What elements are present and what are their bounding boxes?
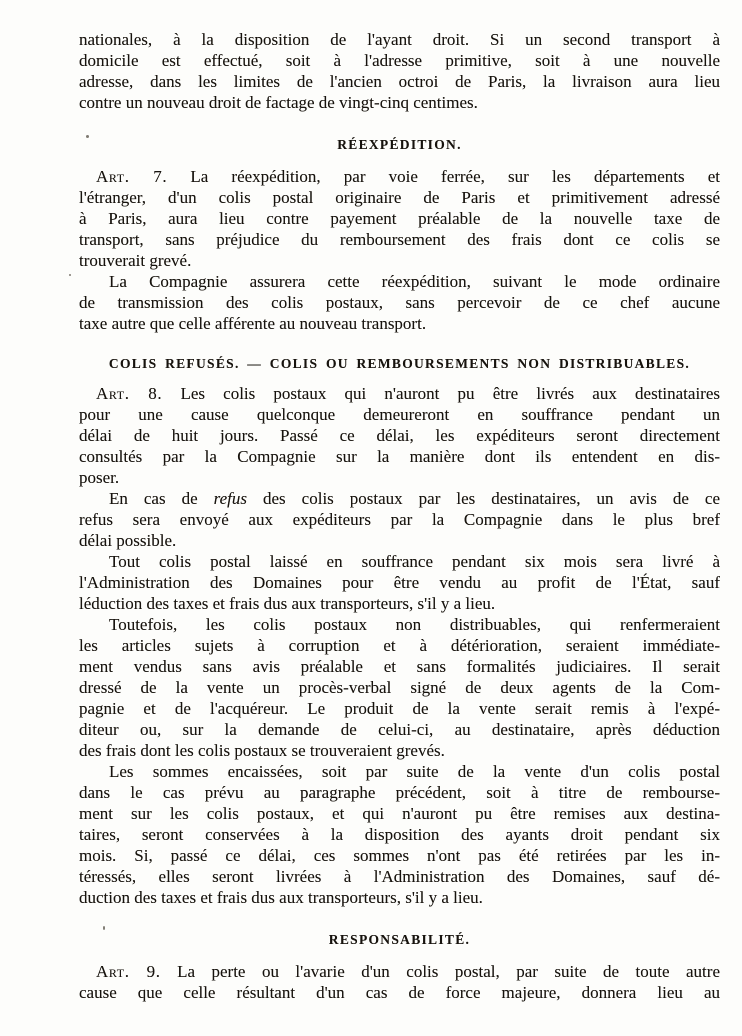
- text-line: délai possible.: [79, 530, 720, 551]
- text-line: La Compagnie assurera cette réexpédition…: [79, 271, 720, 292]
- text-line: nationales, à la disposition de l'ayant …: [79, 29, 720, 50]
- heading-reexpedition: RÉEXPÉDITION.: [79, 137, 720, 153]
- text-segment: Toutefois, les colis postaux non distrib…: [109, 615, 720, 634]
- document-body: nationales, à la disposition de l'ayant …: [79, 29, 720, 1003]
- text-segment: Tout colis postal laissé en souffrance p…: [109, 552, 720, 571]
- text-line: mois. Si, passé ce délai, ces sommes n'o…: [79, 845, 720, 866]
- segment-smallcaps: Art. 9.: [96, 962, 161, 981]
- text-segment: l'Administration des Domaines pour être …: [79, 573, 720, 592]
- les-sommes-encaissees-paragraph: Les sommes encaissées, soit par suite de…: [79, 761, 720, 908]
- article-9-paragraph: Art. 9. La perte ou l'avarie d'un colis …: [79, 961, 720, 1003]
- compagnie-assurera-paragraph: La Compagnie assurera cette réexpédition…: [79, 271, 720, 334]
- text-line: pagnie et de l'acquéreur. Le produit de …: [79, 698, 720, 719]
- text-line: diteur ou, sur la demande de celui-ci, a…: [79, 719, 720, 740]
- text-segment: poser.: [79, 468, 119, 487]
- text-line: Art. 7. La réexpédition, par voie ferrée…: [79, 166, 720, 187]
- text-line: léduction des taxes et frais dus aux tra…: [79, 593, 720, 614]
- en-cas-de-refus-paragraph: En cas de refus des colis postaux par le…: [79, 488, 720, 551]
- scanned-page: nationales, à la disposition de l'ayant …: [0, 0, 742, 1036]
- text-line: à Paris, aura lieu contre payement préal…: [79, 208, 720, 229]
- text-segment: des frais dont les colis postaux se trou…: [79, 741, 445, 760]
- text-segment: contre un nouveau droit de factage de vi…: [79, 93, 478, 112]
- text-line: En cas de refus des colis postaux par le…: [79, 488, 720, 509]
- text-line: l'Administration des Domaines pour être …: [79, 572, 720, 593]
- text-segment: des colis postaux par les destinataires,…: [247, 489, 720, 508]
- text-segment: mois. Si, passé ce délai, ces sommes n'o…: [79, 846, 720, 865]
- text-line: des frais dont les colis postaux se trou…: [79, 740, 720, 761]
- text-segment: refus sera envoyé aux expéditeurs par la…: [79, 510, 720, 529]
- text-segment: téressés, elles seront livrées à l'Admin…: [79, 867, 720, 886]
- text-segment: pagnie et de l'acquéreur. Le produit de …: [79, 699, 720, 718]
- text-segment: pour une cause quelconque demeureront en…: [79, 405, 720, 424]
- text-segment: dans le cas prévu au paragraphe précéden…: [79, 783, 720, 802]
- text-line: taxe autre que celle afférente au nouvea…: [79, 313, 720, 334]
- text-segment: transport, sans préjudice du rembourseme…: [79, 230, 720, 249]
- text-line: ment vendus sans avis préalable et sans …: [79, 656, 720, 677]
- scan-speck: [69, 274, 71, 276]
- text-segment: diteur ou, sur la demande de celui-ci, a…: [79, 720, 720, 739]
- text-segment: duction des taxes et frais dus aux trans…: [79, 888, 483, 907]
- segment-smallcaps: Art. 7.: [96, 167, 167, 186]
- toutefois-paragraph: Toutefois, les colis postaux non distrib…: [79, 614, 720, 761]
- text-segment: adresse, dans les limites de l'ancien oc…: [79, 72, 720, 91]
- article-7-paragraph: Art. 7. La réexpédition, par voie ferrée…: [79, 166, 720, 271]
- text-segment: taxe autre que celle afférente au nouvea…: [79, 314, 426, 333]
- text-segment: Les sommes encaissées, soit par suite de…: [109, 762, 720, 781]
- text-segment: ment vendus sans avis préalable et sans …: [79, 657, 720, 676]
- text-segment: délai de huit jours. Passé ce délai, les…: [79, 426, 720, 445]
- scan-speck: [86, 135, 89, 138]
- text-segment: de transmission des colis postaux, sans …: [79, 293, 720, 312]
- text-segment: En cas de: [109, 489, 214, 508]
- text-line: l'étranger, d'un colis postal originaire…: [79, 187, 720, 208]
- text-segment: léduction des taxes et frais dus aux tra…: [79, 594, 495, 613]
- continuation-paragraph: nationales, à la disposition de l'ayant …: [79, 29, 720, 113]
- text-segment: à Paris, aura lieu contre payement préal…: [79, 209, 720, 228]
- text-line: Art. 9. La perte ou l'avarie d'un colis …: [79, 961, 720, 982]
- text-line: contre un nouveau droit de factage de vi…: [79, 92, 720, 113]
- text-line: dressé de la vente un procès-verbal sign…: [79, 677, 720, 698]
- text-line: téressés, elles seront livrées à l'Admin…: [79, 866, 720, 887]
- text-line: les articles sujets à corruption et à dé…: [79, 635, 720, 656]
- text-segment: nationales, à la disposition de l'ayant …: [79, 30, 720, 49]
- text-line: poser.: [79, 467, 720, 488]
- text-line: taires, seront conservées à la dispositi…: [79, 824, 720, 845]
- text-line: ment sur les colis postaux, et qui n'aur…: [79, 803, 720, 824]
- text-segment: l'étranger, d'un colis postal originaire…: [79, 188, 720, 207]
- text-segment: trouverait grevé.: [79, 251, 191, 270]
- text-line: transport, sans préjudice du rembourseme…: [79, 229, 720, 250]
- text-segment: cause que celle résultant d'un cas de fo…: [79, 983, 720, 1002]
- article-8-paragraph: Art. 8. Les colis postaux qui n'auront p…: [79, 383, 720, 488]
- text-line: Art. 8. Les colis postaux qui n'auront p…: [79, 383, 720, 404]
- text-line: cause que celle résultant d'un cas de fo…: [79, 982, 720, 1003]
- tout-colis-postal-paragraph: Tout colis postal laissé en souffrance p…: [79, 551, 720, 614]
- text-segment: ment sur les colis postaux, et qui n'aur…: [79, 804, 720, 823]
- text-line: domicile est effectué, soit à l'adresse …: [79, 50, 720, 71]
- text-line: Les sommes encaissées, soit par suite de…: [79, 761, 720, 782]
- text-line: adresse, dans les limites de l'ancien oc…: [79, 71, 720, 92]
- text-line: de transmission des colis postaux, sans …: [79, 292, 720, 313]
- text-segment: La Compagnie assurera cette réexpédition…: [109, 272, 720, 291]
- text-line: refus sera envoyé aux expéditeurs par la…: [79, 509, 720, 530]
- text-line: Tout colis postal laissé en souffrance p…: [79, 551, 720, 572]
- heading-colis-refuses: COLIS REFUSÉS. — COLIS OU REMBOURSEMENTS…: [79, 356, 720, 372]
- text-line: trouverait grevé.: [79, 250, 720, 271]
- scan-speck: [103, 926, 105, 930]
- text-line: pour une cause quelconque demeureront en…: [79, 404, 720, 425]
- text-line: consultés par la Compagnie sur la manièr…: [79, 446, 720, 467]
- text-line: duction des taxes et frais dus aux trans…: [79, 887, 720, 908]
- text-segment: délai possible.: [79, 531, 176, 550]
- text-segment: les articles sujets à corruption et à dé…: [79, 636, 720, 655]
- text-line: dans le cas prévu au paragraphe précéden…: [79, 782, 720, 803]
- text-segment: La réexpédition, par voie ferrée, sur le…: [167, 167, 720, 186]
- text-segment: dressé de la vente un procès-verbal sign…: [79, 678, 720, 697]
- text-segment: Les colis postaux qui n'auront pu être l…: [162, 384, 720, 403]
- text-line: délai de huit jours. Passé ce délai, les…: [79, 425, 720, 446]
- heading-responsabilite: RESPONSABILITÉ.: [79, 932, 720, 948]
- text-line: Toutefois, les colis postaux non distrib…: [79, 614, 720, 635]
- segment-smallcaps: Art. 8.: [96, 384, 162, 403]
- text-segment: La perte ou l'avarie d'un colis postal, …: [161, 962, 720, 981]
- text-segment: taires, seront conservées à la dispositi…: [79, 825, 720, 844]
- text-segment: consultés par la Compagnie sur la manièr…: [79, 447, 720, 466]
- segment-italic: refus: [214, 489, 247, 508]
- text-segment: domicile est effectué, soit à l'adresse …: [79, 51, 720, 70]
